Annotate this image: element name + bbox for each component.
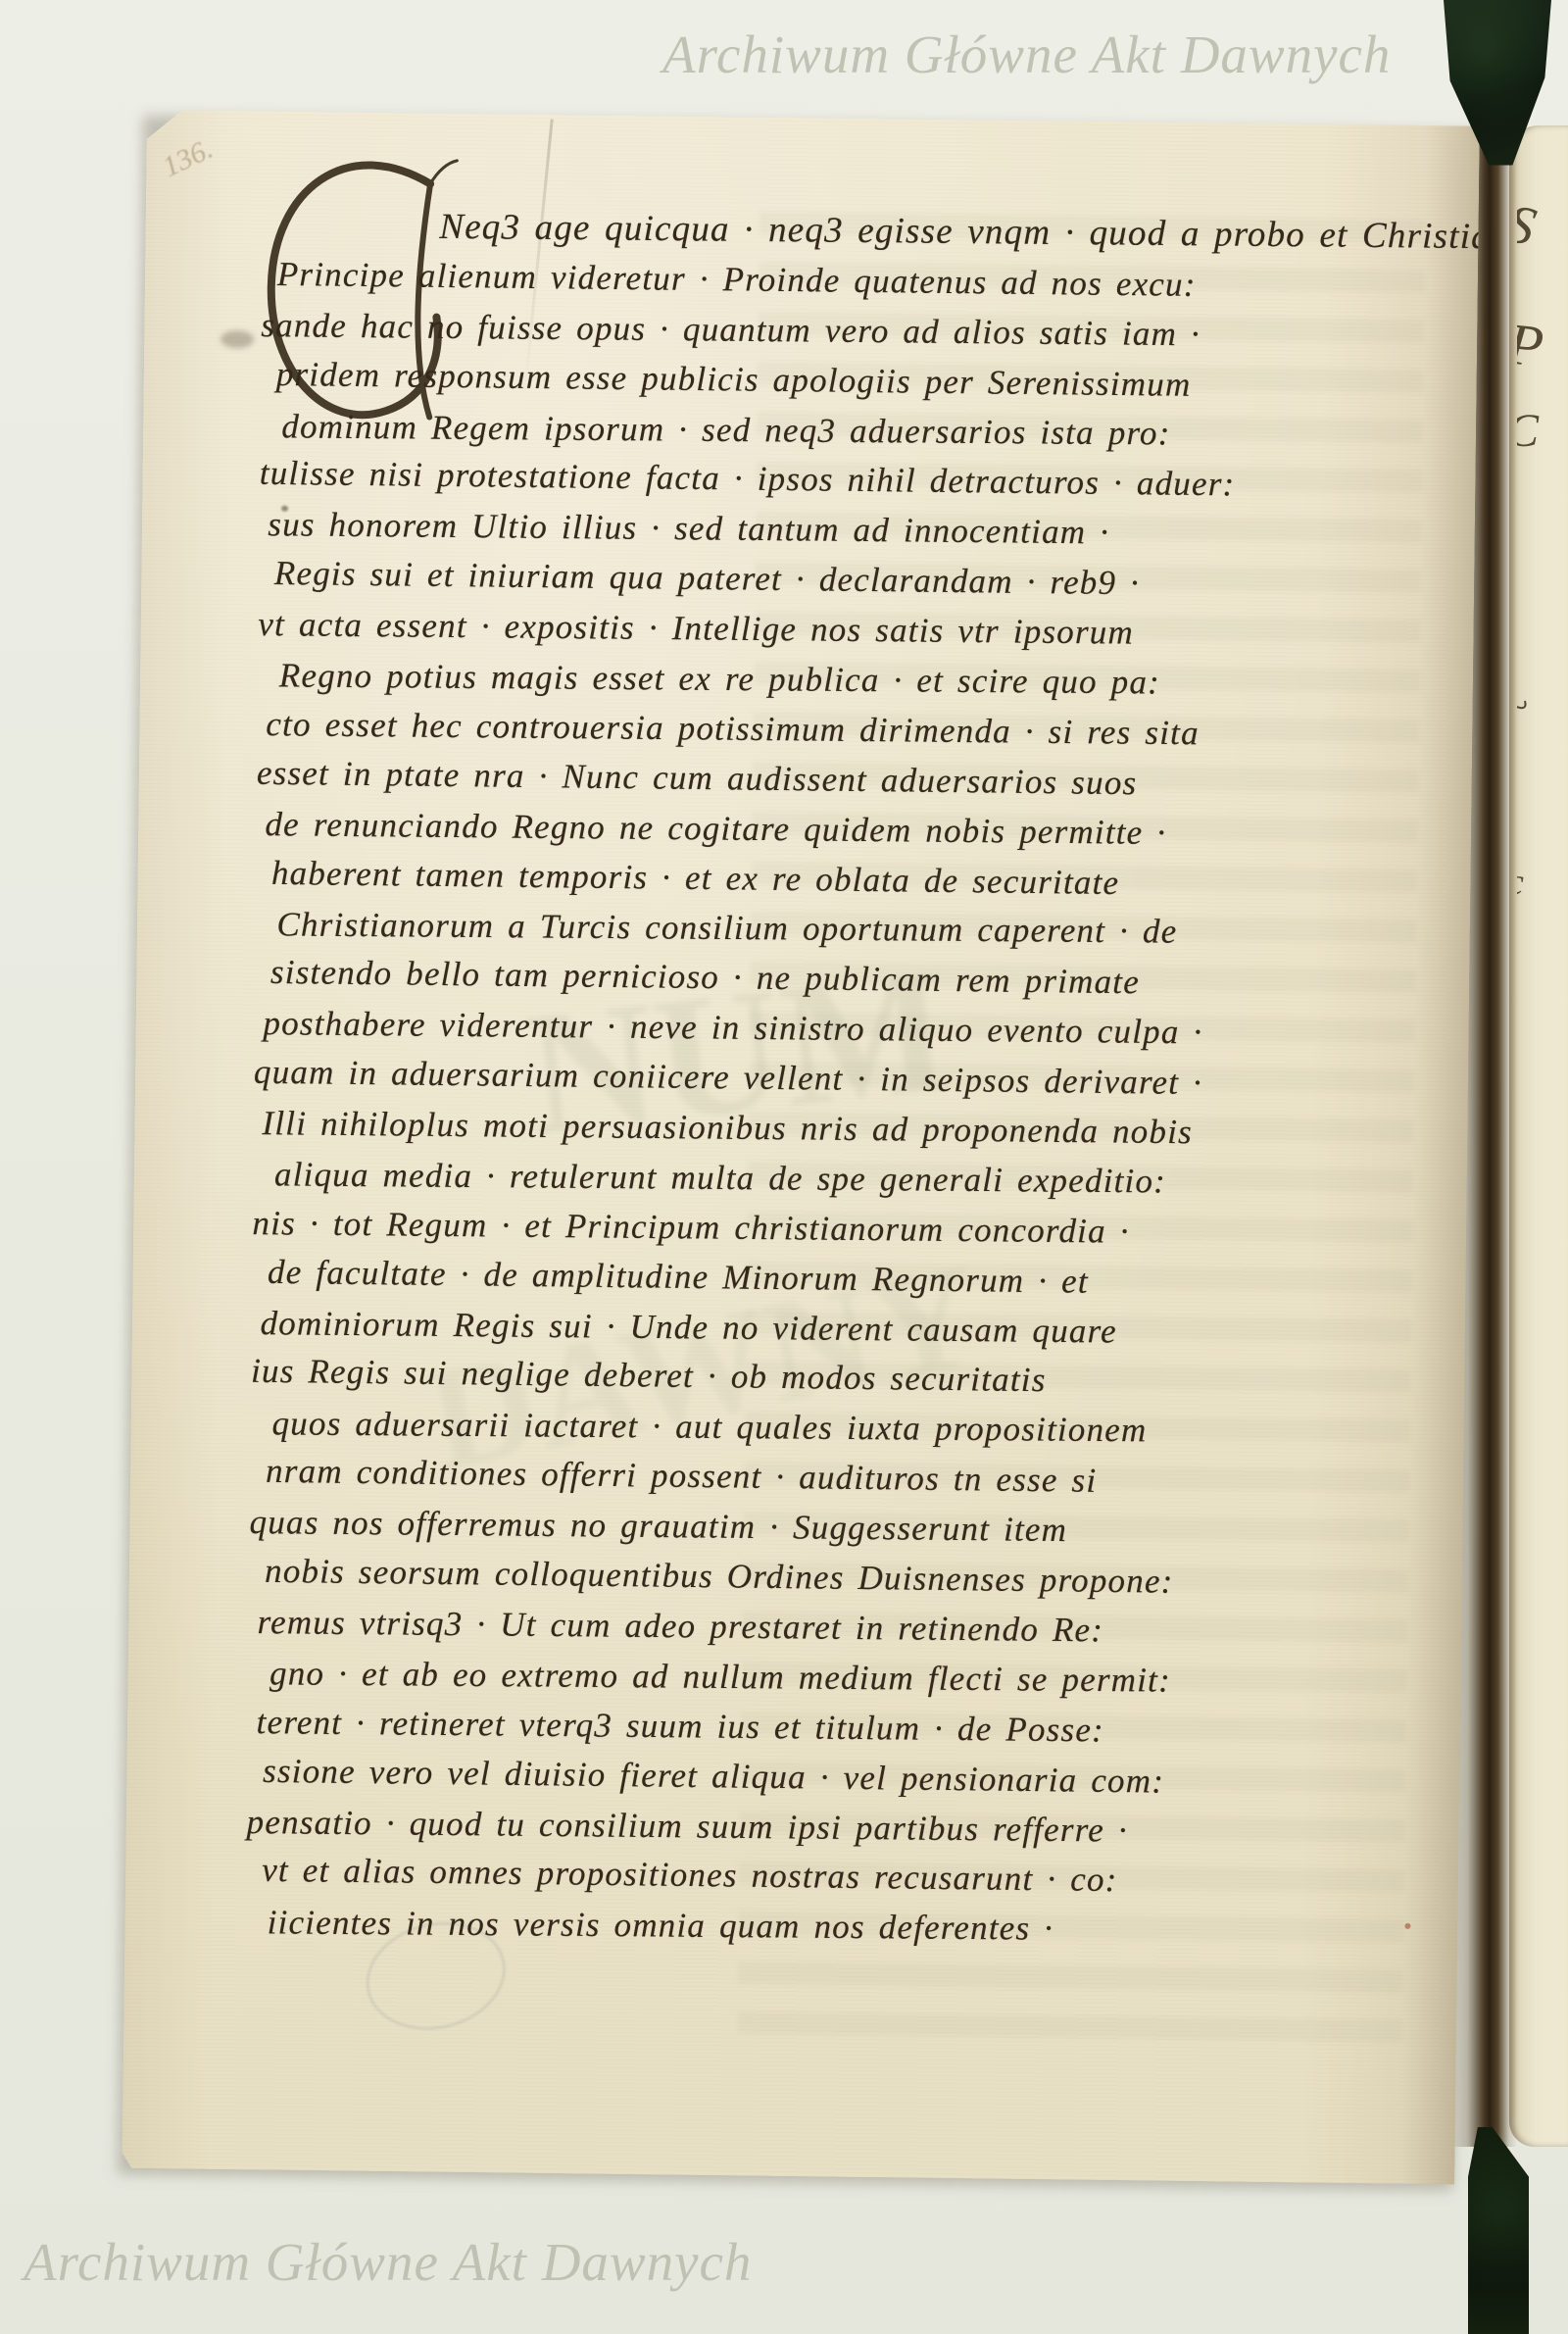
archive-watermark-top: Archiwum Główne Akt Dawnych [662,24,1391,85]
adjacent-letter-fragment: C [1517,404,1539,458]
archive-scan: { "scan": { "watermark_text": "Archiwum … [0,0,1568,2334]
manuscript-page: NUM DAWNY 136. // Neq3 age quicqua · neq… [122,110,1480,2184]
corner-pen-mark: // [343,66,365,98]
manuscript-line: gno · et ab eo extremo ad nullum medium … [269,1649,1492,1709]
manuscript-line: iicientes in nos versis omnia quam nos d… [267,1899,1489,1959]
folio-number: 136. [158,132,219,184]
ink-smudge [220,330,254,348]
manuscript-line: aliqua media · retulerunt multa de spe g… [274,1150,1496,1210]
adjacent-letter-fragment: P [1517,310,1546,380]
adjacent-page-text-fragments: SPC~c [1517,167,1568,1196]
adjacent-letter-fragment: ~ [1517,682,1537,733]
manuscript-text-block: Neq3 age quicqua · neq3 egisse vnqm · qu… [254,201,1505,1959]
adjacent-letter-fragment: c [1517,861,1524,904]
bookmark-ribbon-bottom [1468,2127,1529,2334]
manuscript-line: Regno potius magis esset ex re publica ·… [279,651,1501,711]
adjacent-letter-fragment: S [1517,192,1542,260]
archive-watermark-bottom: Archiwum Główne Akt Dawnych [24,2231,752,2293]
